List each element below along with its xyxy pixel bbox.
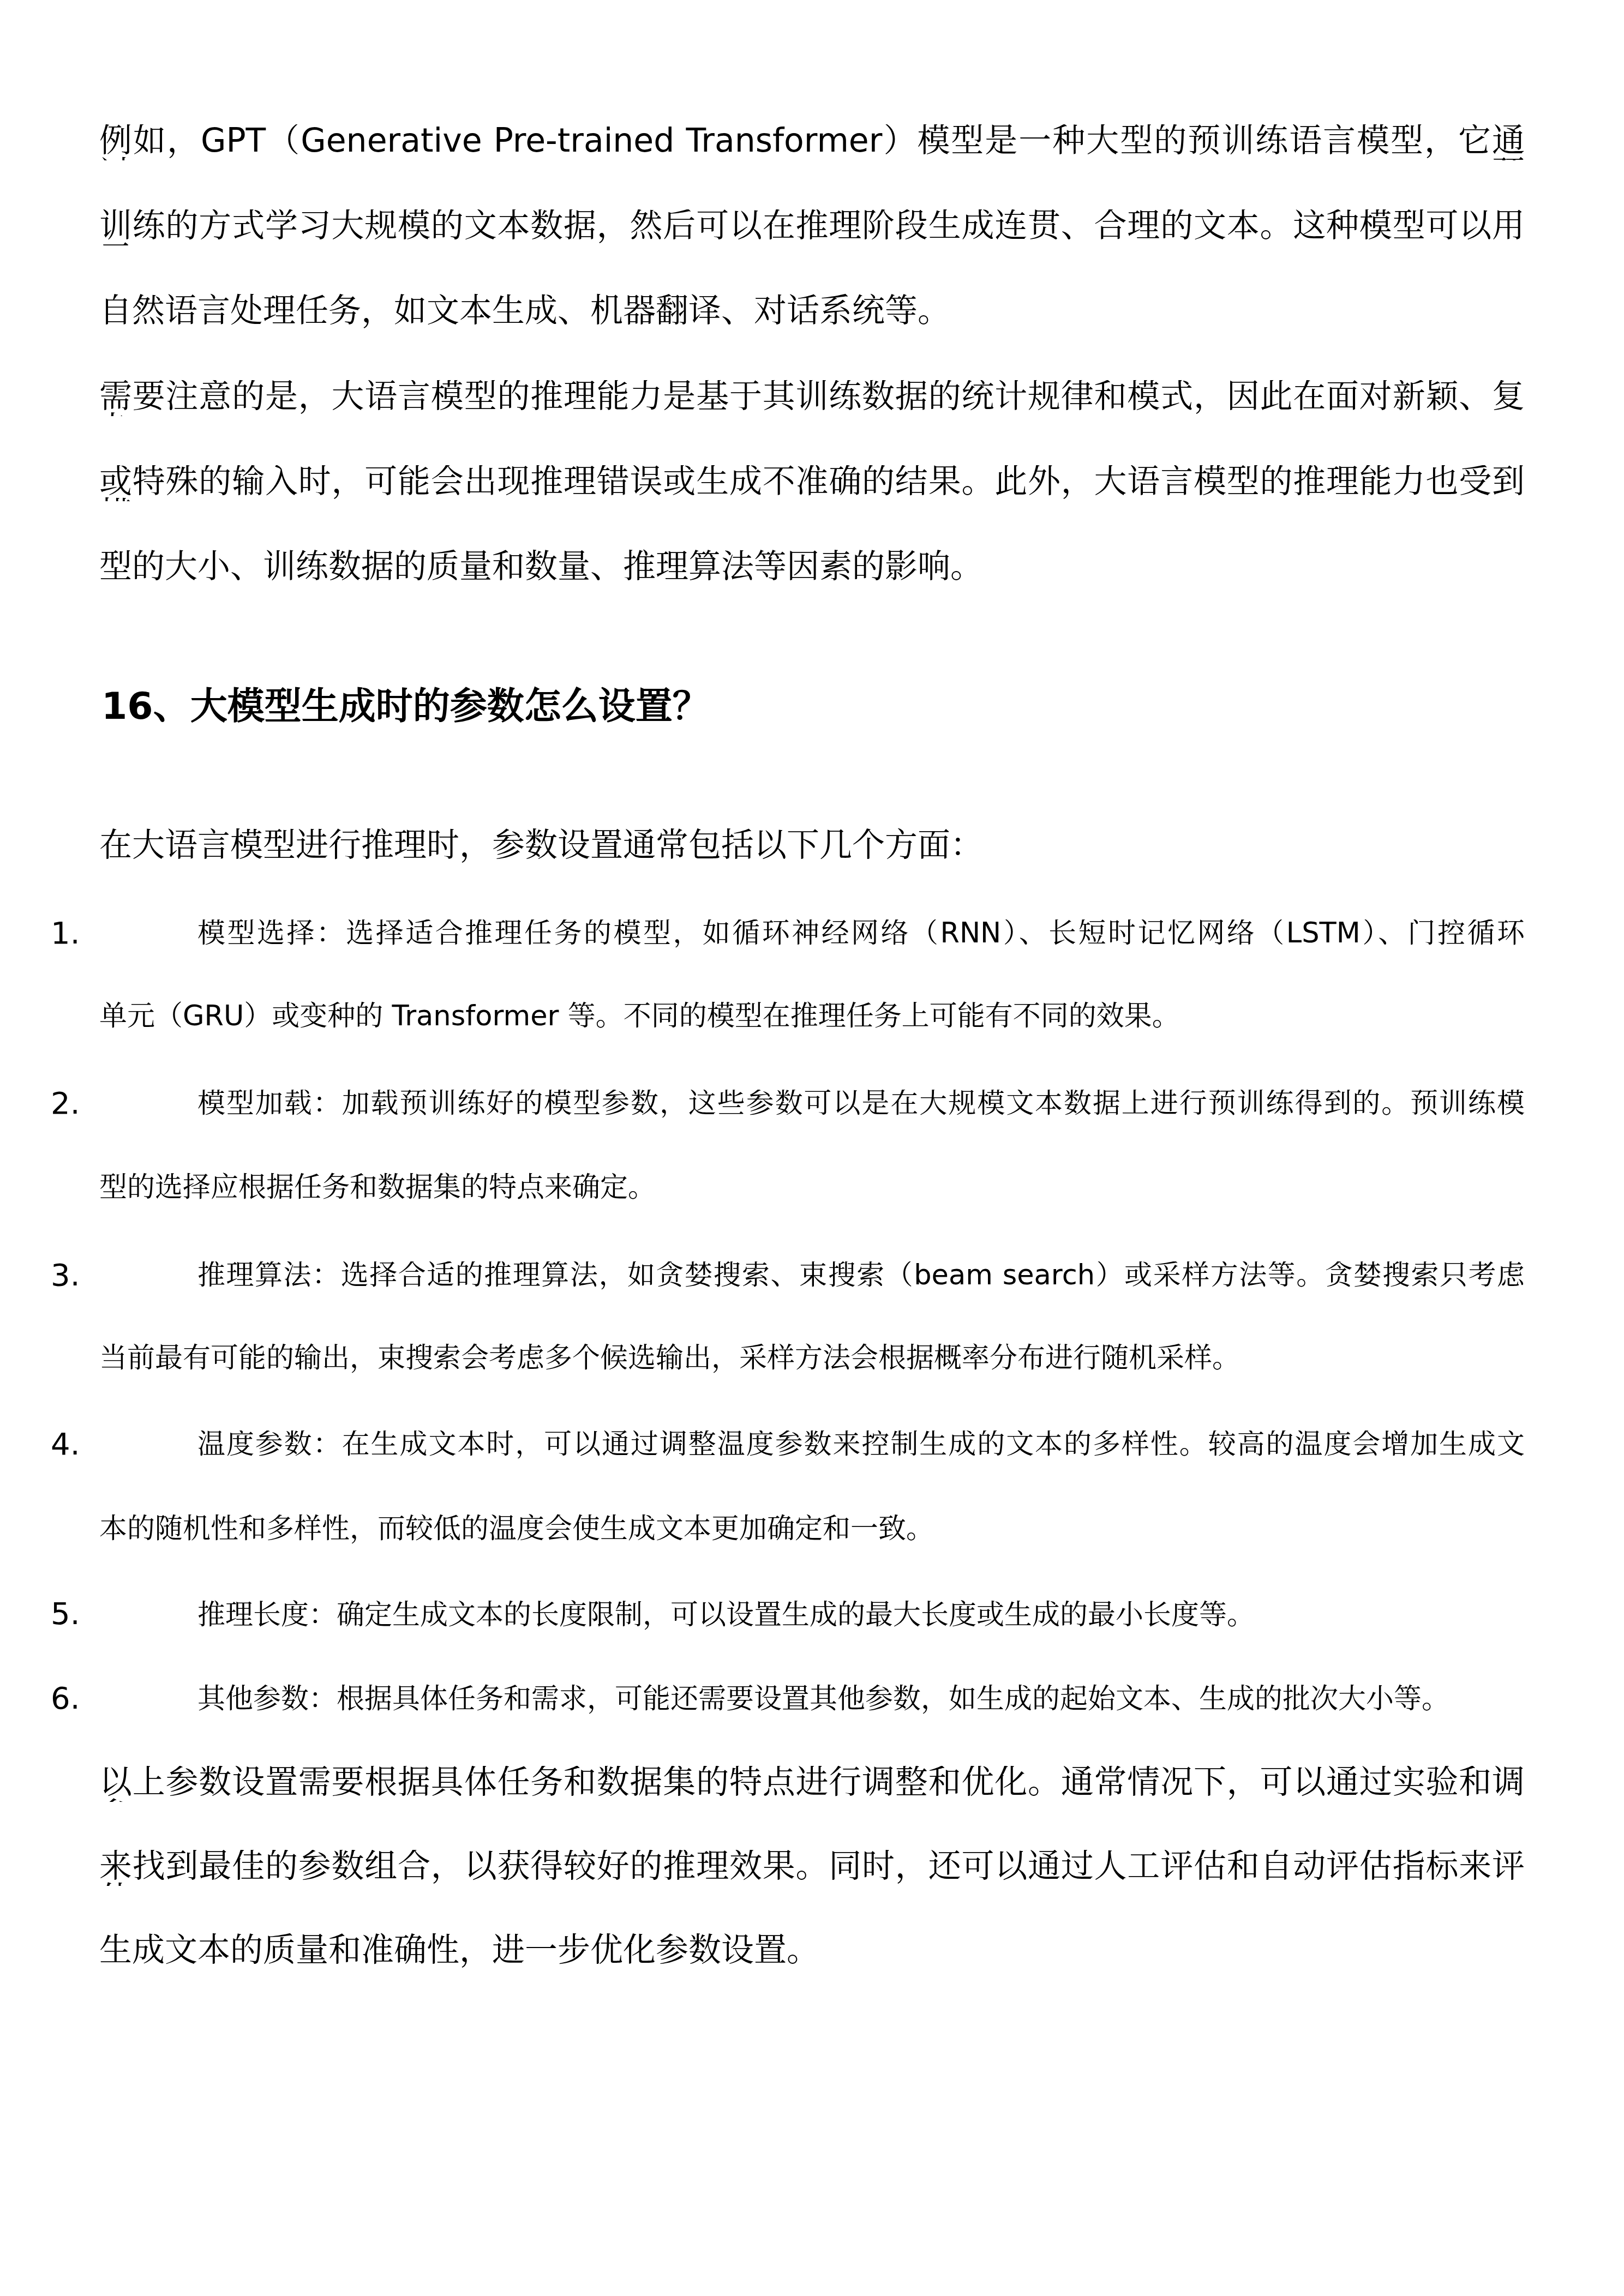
list-item-text: 模型选择：选择适合推理任务的模型，如循环神经网络（RNN）、长短时记忆网络（LS… (197, 919, 1525, 947)
document-page: 例如，GPT（Generative Pre-trained Transforme… (0, 0, 1624, 2296)
list-item-continuation: 单元（GRU）或变种的 Transformer 等。不同的模型在推理任务上可能有… (99, 1002, 1180, 1030)
list-number: 5. (51, 1599, 80, 1630)
list-item-continuation: 当前最有可能的输出，束搜索会考虑多个候选输出，采样方法会根据概率分布进行随机采样… (99, 1344, 1240, 1372)
paragraph-2-line-2: 或特殊的输入时，可能会出现推理错误或生成不准确的结果。此外，大语言模型的推理能力… (99, 465, 1525, 501)
list-item-text: 模型加载：加载预训练好的模型参数，这些参数可以是在大规模文本数据上进行预训练得到… (197, 1090, 1525, 1117)
list-item-text: 推理算法：选择合适的推理算法，如贪婪搜索、束搜索（beam search）或采样… (197, 1261, 1525, 1289)
conclusion-line-1: 以上参数设置需要根据具体任务和数据集的特点进行调整和优化。通常情况下，可以通过实… (99, 1766, 1525, 1802)
list-item-continuation: 本的随机性和多样性，而较低的温度会使生成文本更加确定和一致。 (99, 1515, 934, 1543)
list-item-text: 其他参数：根据具体任务和需求，可能还需要设置其他参数，如生成的起始文本、生成的批… (197, 1685, 1449, 1713)
list-item-continuation: 型的选择应根据任务和数据集的特点来确定。 (99, 1174, 656, 1201)
list-item-text: 推理长度：确定生成文本的长度限制，可以设置生成的最大长度或生成的最小长度等。 (197, 1601, 1255, 1629)
paragraph-1-line-1: 例如，GPT（Generative Pre-trained Transforme… (99, 124, 1525, 160)
list-number: 6. (51, 1684, 80, 1714)
conclusion-line-3: 生成文本的质量和准确性，进一步优化参数设置。 (99, 1934, 819, 1970)
list-number: 3. (51, 1260, 80, 1291)
list-number: 4. (51, 1429, 80, 1460)
paragraph-1-line-3: 自然语言处理任务，如文本生成、机器翻译、对话系统等。 (99, 294, 950, 330)
section-heading: 16、大模型生成时的参数怎么设置？ (101, 688, 710, 725)
list-number: 1. (51, 918, 80, 949)
conclusion-line-2: 来找到最佳的参数组合，以获得较好的推理效果。同时，还可以通过人工评估和自动评估指… (99, 1850, 1525, 1886)
paragraph-2-line-3: 型的大小、训练数据的质量和数量、推理算法等因素的影响。 (99, 550, 983, 586)
section-intro: 在大语言模型进行推理时，参数设置通常包括以下几个方面： (99, 829, 983, 865)
list-number: 2. (51, 1089, 80, 1119)
paragraph-1-line-2: 训练的方式学习大规模的文本数据，然后可以在推理阶段生成连贯、合理的文本。这种模型… (99, 209, 1525, 245)
list-item-text: 温度参数：在生成文本时，可以通过调整温度参数来控制生成的文本的多样性。较高的温度… (197, 1431, 1525, 1458)
paragraph-2-line-1: 需要注意的是，大语言模型的推理能力是基于其训练数据的统计规律和模式，因此在面对新… (99, 380, 1525, 416)
